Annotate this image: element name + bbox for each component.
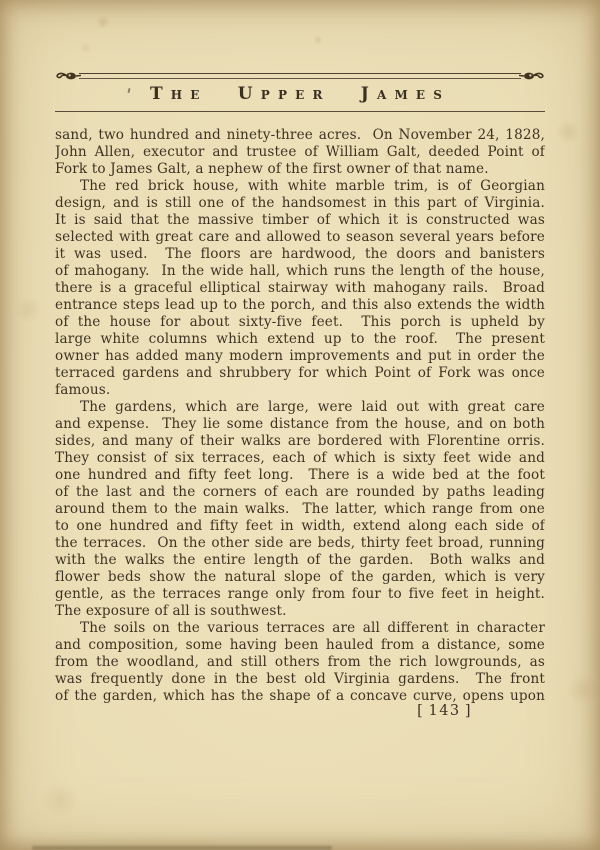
text-line: and expense. They lie some distance from… [55,416,545,433]
text-line: large white columns which extend up to t… [55,331,545,348]
text-line: sides, and many of their walks are borde… [55,433,545,450]
text-line: The red brick house, with white marble t… [55,178,545,195]
text-line: there is a graceful elliptical stairway … [55,280,545,297]
text-line: from the woodland, and still others from… [55,654,545,671]
text-line: one hundred and fifty feet long. There i… [55,467,545,484]
text-line: of mahogany. In the wide hall, which run… [55,263,545,280]
text-line: terraced gardens and shrubbery for which… [55,365,545,382]
book-page: The Upper James sand, two hundred and ni… [0,0,600,850]
text-line: design, and is still one of the handsome… [55,195,545,212]
rule-end-ornament-right-icon [519,70,545,82]
text-line: entrance steps lead up to the porch, and… [55,297,545,314]
text-line: it was used. The floors are hardwood, th… [55,246,545,263]
text-line: The gardens, which are large, were laid … [55,399,545,416]
text-line: They consist of six terraces, each of wh… [55,450,545,467]
header-rule [55,111,545,112]
text-line: of the last and the corners of each are … [55,484,545,501]
double-rule-line [79,73,521,79]
ornamental-rule [55,70,545,82]
text-line: selected with great care and allowed to … [55,229,545,246]
text-line: with the walks the entire length of the … [55,552,545,569]
text-line: The exposure of all is southwest. [55,603,545,620]
text-line: famous. [55,382,545,399]
text-line: around them to the main walks. The latte… [55,501,545,518]
text-line: flower beds show the natural slope of th… [55,569,545,586]
page-number: [ 143 ] [417,703,472,719]
text-line: gentle, as the terraces range only from … [55,586,545,603]
text-line: the terraces. On the other side are beds… [55,535,545,552]
text-line: to one hundred and fifty feet in width, … [55,518,545,535]
text-line: It is said that the massive timber of wh… [55,212,545,229]
text-line: and composition, some having been hauled… [55,637,545,654]
text-line: sand, two hundred and ninety-three acres… [55,127,545,144]
text-line: was frequently done in the best old Virg… [55,671,545,688]
page-body: sand, two hundred and ninety-three acres… [55,127,545,705]
running-head-title: The Upper James [0,84,600,104]
text-line: The soils on the various terraces are al… [55,620,545,637]
text-line: Fork to James Galt, a nephew of the firs… [55,161,545,178]
text-line: owner has added many modern improvements… [55,348,545,365]
text-line: John Allen, executor and trustee of Will… [55,144,545,161]
text-line: of the house for about sixty-five feet. … [55,314,545,331]
rule-end-ornament-left-icon [55,70,81,82]
